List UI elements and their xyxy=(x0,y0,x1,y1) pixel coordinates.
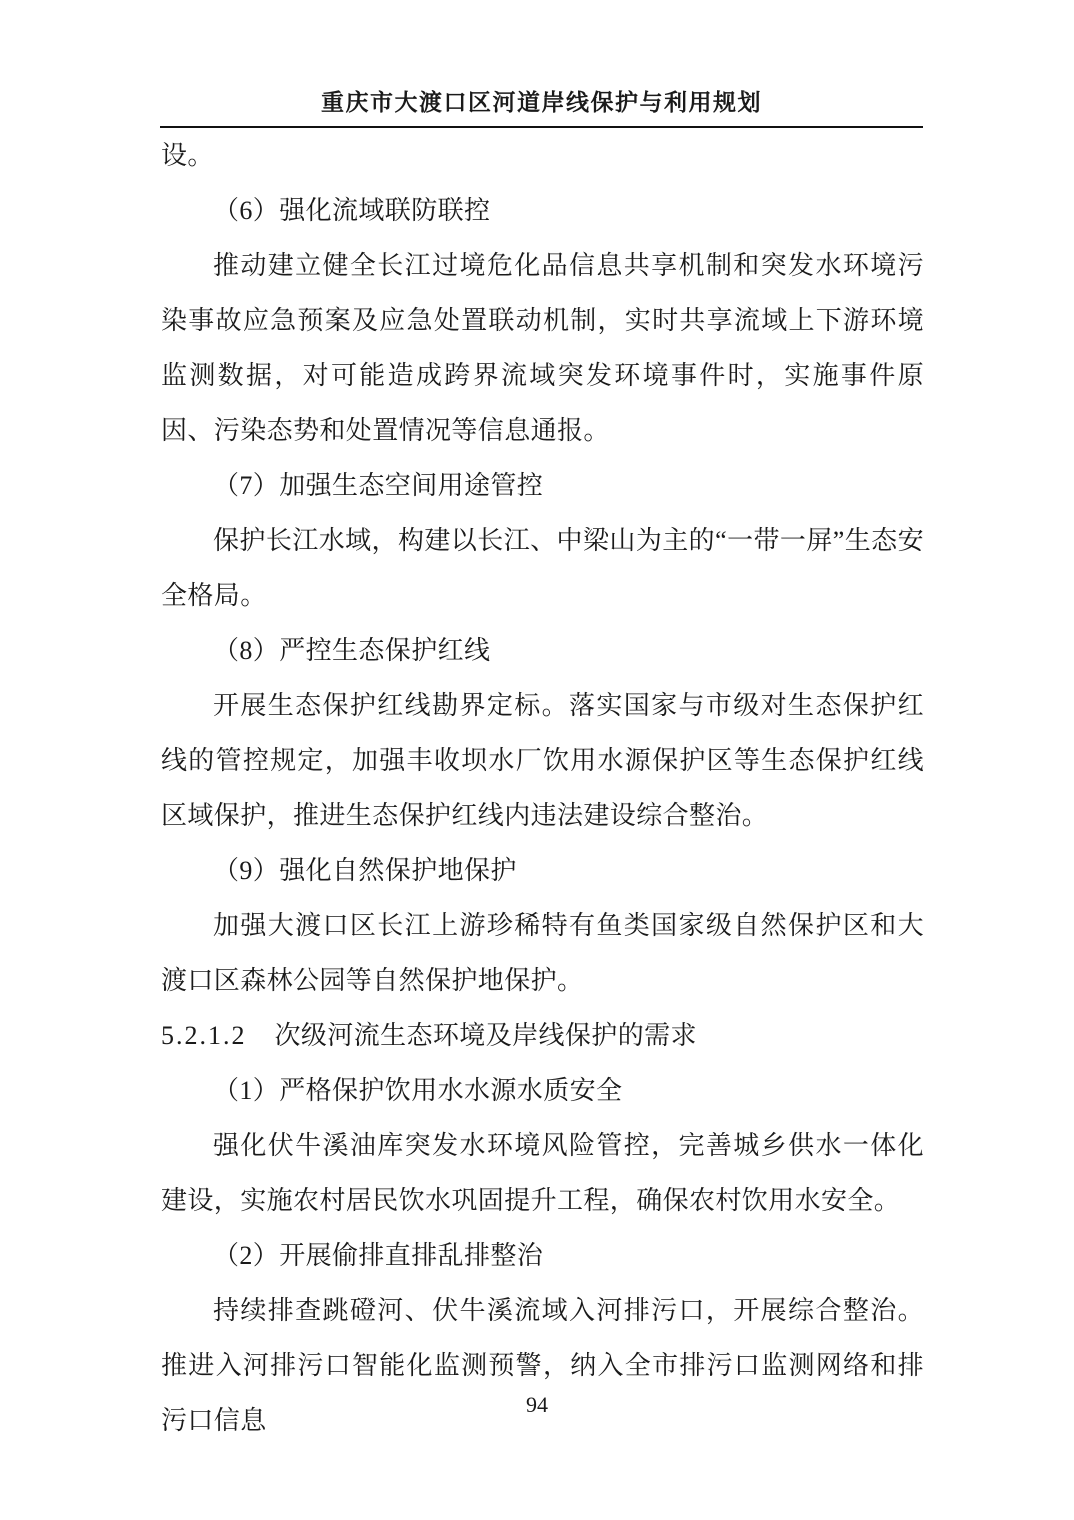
paragraph: 持续排查跳磴河、伏牛溪流域入河排污口，开展综合整治。推进入河排污口智能化监测预警… xyxy=(161,1283,924,1448)
header-title: 重庆市大渡口区河道岸线保护与利用规划 xyxy=(160,88,923,118)
paragraph: 加强大渡口区长江上游珍稀特有鱼类国家级自然保护区和大渡口区森林公园等自然保护地保… xyxy=(161,898,924,1008)
paragraph: 强化伏牛溪油库突发水环境风险管控，完善城乡供水一体化建设，实施农村居民饮水巩固提… xyxy=(161,1118,924,1228)
item-heading-1: （1）严格保护饮用水水源水质安全 xyxy=(161,1063,924,1118)
paragraph: 保护长江水域，构建以长江、中梁山为主的“一带一屏”生态安全格局。 xyxy=(161,513,924,623)
subsection-heading: 5.2.1.2次级河流生态环境及岸线保护的需求 xyxy=(161,1008,924,1063)
item-heading-8: （8）严控生态保护红线 xyxy=(161,623,924,678)
paragraph: 开展生态保护红线勘界定标。落实国家与市级对生态保护红线的管控规定，加强丰收坝水厂… xyxy=(161,678,924,843)
paragraph-continuation: 设。 xyxy=(161,128,924,183)
item-heading-2: （2）开展偷排直排乱排整治 xyxy=(161,1228,924,1283)
page-number: 94 xyxy=(0,1390,1074,1420)
subsection-number: 5.2.1.2 xyxy=(161,1008,247,1063)
document-header: 重庆市大渡口区河道岸线保护与利用规划 xyxy=(160,0,923,128)
content-area: 设。 （6）强化流域联防联控 推动建立健全长江过境危化品信息共享机制和突发水环境… xyxy=(161,128,924,1448)
item-heading-9: （9）强化自然保护地保护 xyxy=(161,843,924,898)
subsection-title: 次级河流生态环境及岸线保护的需求 xyxy=(275,1021,697,1050)
paragraph: 推动建立健全长江过境危化品信息共享机制和突发水环境污染事故应急预案及应急处置联动… xyxy=(161,238,924,458)
document-page: 重庆市大渡口区河道岸线保护与利用规划 设。 （6）强化流域联防联控 推动建立健全… xyxy=(0,0,1074,1520)
item-heading-7: （7）加强生态空间用途管控 xyxy=(161,458,924,513)
item-heading-6: （6）强化流域联防联控 xyxy=(161,183,924,238)
